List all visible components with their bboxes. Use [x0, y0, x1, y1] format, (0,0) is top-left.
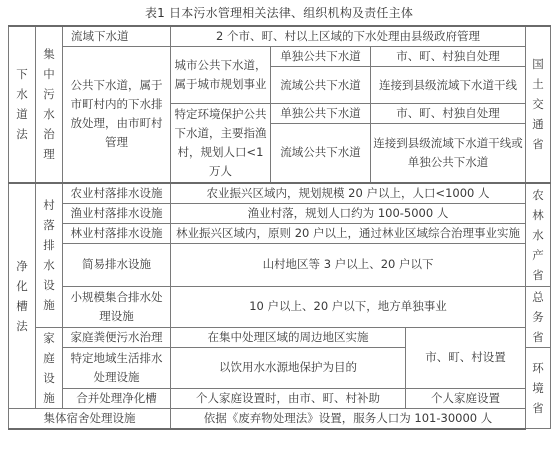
household-desc-1: 在集中处理区域的周边地区实施: [171, 327, 406, 347]
municipal-setter: 市、町、村设置: [406, 327, 526, 388]
dormitory-desc: 依据《废弃物处理法》设置，服务人口为 101-30000 人: [171, 408, 526, 429]
household-facility-1: 家庭粪便污水治理: [63, 327, 171, 347]
special-sewer-type-2: 流域公共下水道: [271, 124, 371, 183]
village-desc-1: 农业振兴区域内，规划规模 20 户以上，人口<1000 人: [171, 183, 526, 204]
special-sewer-handling-1: 市、町、村独自处理: [371, 104, 526, 124]
law-septic-label: 净化槽法: [9, 183, 36, 409]
village-facility-2: 渔业村落排水设施: [63, 203, 171, 223]
ministry-maff: 农林水产省: [526, 183, 551, 287]
village-desc-4: 山村地区等 3 户以上、20 户以下: [171, 243, 526, 286]
special-env-sewer-label: 特定环境保护公共下水道，主要指渔村，规划人口<1万人: [171, 104, 271, 183]
special-sewer-handling-2: 连接到县级流域下水道干线或单独公共下水道: [371, 124, 526, 183]
basin-sewer-desc: 2 个市、町、村以上区域的下水处理由县级政府管理: [171, 26, 526, 47]
table-title: 表1 日本污水管理相关法律、组织机构及责任主体: [0, 4, 558, 21]
city-public-sewer-label: 城市公共下水道，属于城市规划事业: [171, 47, 271, 104]
city-sewer-type-1: 单独公共下水道: [271, 47, 371, 67]
public-sewer-label: 公共下水道，属于市町村内的下水排放处理，由市町村管理: [63, 47, 171, 183]
sewage-management-table: 下水道法 集中污水治理 流域下水道 2 个市、町、村以上区域的下水处理由县级政府…: [8, 25, 551, 430]
ministry-moe: 环境省: [526, 347, 551, 429]
village-drainage-label: 村落排水设施: [36, 183, 63, 328]
ministry-mic: 总务省: [526, 286, 551, 347]
special-sewer-type-1: 单独公共下水道: [271, 104, 371, 124]
law-sewer-label: 下水道法: [9, 26, 36, 183]
household-facility-label: 家庭设施: [36, 327, 63, 408]
household-setter-3: 个人家庭设置: [406, 388, 526, 408]
household-desc-3: 个人家庭设置时，由市、町、村补助: [171, 388, 406, 408]
city-sewer-handling-1: 市、町、村独自处理: [371, 47, 526, 67]
city-sewer-handling-2: 连接到县级流域下水道干线: [371, 67, 526, 104]
dormitory-facility-label: 集体宿舍处理设施: [9, 408, 171, 429]
village-facility-5: 小规模集合排水处理设施: [63, 286, 171, 327]
village-facility-4: 简易排水设施: [63, 243, 171, 286]
household-desc-2: 以饮用水水源地保护为目的: [171, 347, 406, 388]
city-sewer-type-2: 流域公共下水道: [271, 67, 371, 104]
basin-sewer-label: 流域下水道: [63, 26, 171, 47]
central-treatment-label: 集中污水治理: [36, 26, 63, 183]
village-facility-1: 农业村落排水设施: [63, 183, 171, 204]
ministry-mlit: 国土交通省: [526, 26, 551, 183]
village-desc-3: 林业振兴区域内，原则 20 户以上，通过林业区域综合治理事业实施: [171, 223, 526, 243]
household-facility-2: 特定地域生活排水处理设施: [63, 347, 171, 388]
village-desc-2: 渔业村落，规划人口约为 100-5000 人: [171, 203, 526, 223]
village-desc-5: 10 户以上、20 户以下，地方单独事业: [171, 286, 526, 327]
village-facility-3: 林业村落排水设施: [63, 223, 171, 243]
household-facility-3: 合并处理净化槽: [63, 388, 171, 408]
